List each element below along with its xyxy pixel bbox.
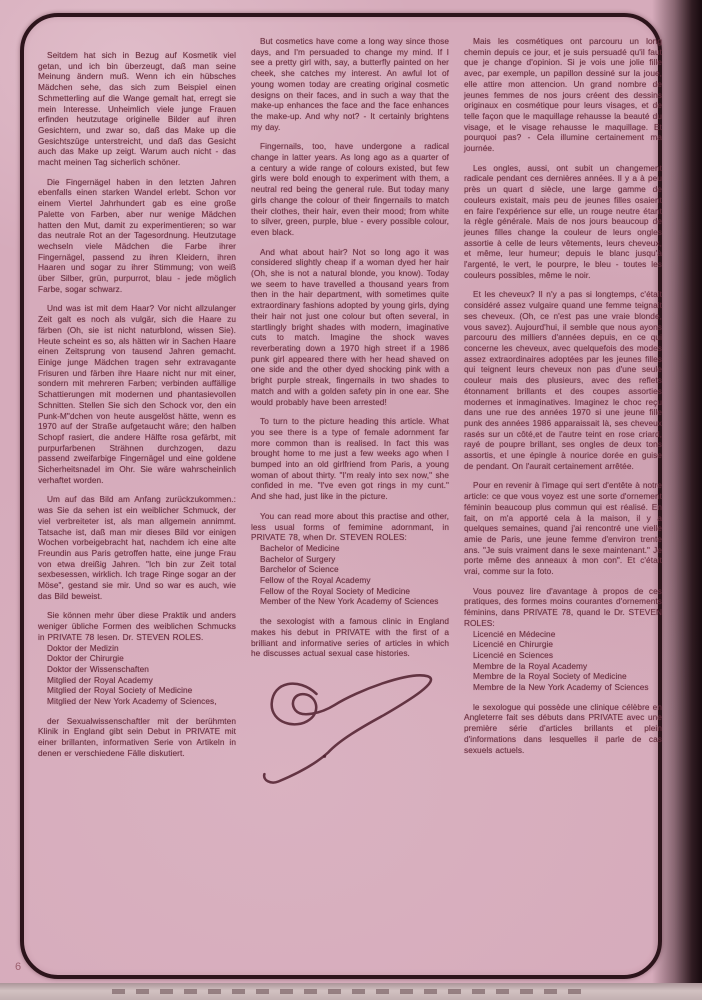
paragraph-en-3: And what about hair? Not so long ago it … [251, 247, 449, 408]
paragraph-fr-outro: le sexologue qui possède une clinique cé… [464, 702, 662, 756]
credentials-list-en: Bachelor of Medicine Bachelor of Surgery… [251, 543, 449, 607]
credential-item: Fellow of the Royal Academy [260, 575, 449, 586]
credential-item: Mitglied der Royal Academy [47, 675, 236, 686]
signature-icon [251, 665, 451, 790]
page-edge-shadow [652, 0, 702, 1000]
credential-item: Fellow of the Royal Society of Medicine [260, 586, 449, 597]
bottom-film-strip [0, 983, 702, 1000]
credential-item: Membre de la Royal Society of Medicine [473, 671, 662, 682]
film-dashes [112, 989, 582, 994]
paragraph-fr-3: Et les cheveux? Il n'y a pas si longtemp… [464, 289, 662, 471]
paragraph-de-4: Um auf das Bild am Anfang zurückzukommen… [38, 494, 236, 601]
paragraph-en-intro: You can read more about this practise an… [251, 511, 449, 543]
column-english: But cosmetics have come a long way since… [251, 36, 449, 786]
page-number: 6 [15, 961, 21, 973]
paragraph-en-2: Fingernails, too, have undergone a radic… [251, 141, 449, 237]
column-french: Mais les cosmétiques ont parcouru un lon… [464, 36, 662, 786]
paragraph-de-1: Seitdem hat sich in Bezug auf Kosmetik v… [38, 50, 236, 168]
paragraph-de-outro: der Sexualwissenschaftler mit der berühm… [38, 716, 236, 759]
credential-item: Licencié en Médecine [473, 629, 662, 640]
author-signature [253, 668, 449, 786]
paragraph-fr-2: Les ongles, aussi, ont subit un changeme… [464, 163, 662, 281]
credential-item: Doktor der Chirurgie [47, 653, 236, 664]
credentials-list-fr: Licencié en Médecine Licencié en Chirurg… [464, 629, 662, 693]
paragraph-fr-1: Mais les cosmétiques ont parcouru un lon… [464, 36, 662, 154]
paragraph-fr-intro: Vous pouvez lire d'avantage à propos de … [464, 586, 662, 629]
credentials-list-de: Doktor der Medizin Doktor der Chirurgie … [38, 643, 236, 707]
credential-item: Bachelor of Medicine [260, 543, 449, 554]
paragraph-fr-4: Pour en revenir à l'image qui sert d'ent… [464, 480, 662, 576]
paragraph-en-outro: the sexologist with a famous clinic in E… [251, 616, 449, 659]
credential-item: Bachelor of Surgery [260, 554, 449, 565]
paragraph-en-4: To turn to the picture heading this arti… [251, 416, 449, 502]
paragraph-en-1: But cosmetics have come a long way since… [251, 36, 449, 132]
credential-item: Mitglied der Royal Society of Medicine [47, 685, 236, 696]
credential-item: Membre de la New York Academy of Science… [473, 682, 662, 693]
credential-item: Member of the New York Academy of Scienc… [260, 596, 449, 607]
article-columns: Seitdem hat sich in Bezug auf Kosmetik v… [38, 36, 660, 786]
credential-item: Doktor der Wissenschaften [47, 664, 236, 675]
credential-item: Doktor der Medizin [47, 643, 236, 654]
credential-item: Barchelor of Science [260, 564, 449, 575]
paragraph-de-3: Und was ist mit dem Haar? Vor nicht allz… [38, 303, 236, 485]
paragraph-de-2: Die Fingernägel haben in den letzten Jah… [38, 177, 236, 295]
credential-item: Mitglied der New York Academy of Science… [47, 696, 236, 707]
credential-item: Licencié en Sciences [473, 650, 662, 661]
column-german: Seitdem hat sich in Bezug auf Kosmetik v… [38, 50, 236, 786]
credential-item: Membre de la Royal Academy [473, 661, 662, 672]
paragraph-de-intro: Sie können mehr über diese Praktik und a… [38, 610, 236, 642]
credential-item: Licencié en Chirurgie [473, 639, 662, 650]
